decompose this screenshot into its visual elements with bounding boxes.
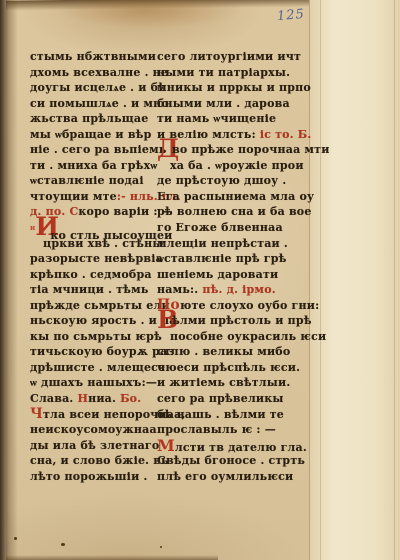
text-line: ѡ дшахъ нашыхъ:— bbox=[30, 375, 158, 391]
text-line: ха ба . ѡроужіе прои bbox=[157, 158, 309, 174]
body-text: мникы и прркы и прпо bbox=[157, 81, 311, 94]
text-line: шеніемь даровати bbox=[157, 267, 309, 283]
text-line: бными мли . дарова bbox=[157, 96, 309, 112]
fore-edge-line bbox=[394, 0, 395, 560]
body-text: Слава. bbox=[30, 392, 77, 405]
body-text: тіа мчници . тѣмь bbox=[30, 283, 149, 296]
text-line: бѣ нашь . вѣлми те bbox=[157, 407, 309, 423]
body-text: ніе . сего ра вьпіемь bbox=[30, 143, 167, 156]
body-text: чюеси прѣспѣль ѥси. bbox=[157, 361, 300, 374]
text-line: ѡставлѥніе прѣ грѣ bbox=[157, 251, 309, 267]
text-line: Свѣды бгоносе . стрть bbox=[157, 453, 309, 469]
text-line: разорысте невѣрвіа bbox=[30, 251, 158, 267]
body-text: ньскоую ярость . и па bbox=[30, 314, 177, 327]
text-line: жьства прѣльщае bbox=[30, 111, 158, 127]
text-line: ньскоую ярость . и па bbox=[30, 313, 158, 329]
text-line: прославыль ѥ : — bbox=[157, 422, 309, 438]
text-line: ды ила бѣ злетнаго bbox=[30, 438, 158, 454]
text-line: млещіи непрѣстаи . bbox=[157, 236, 309, 252]
rubric-text: іс то. Б. bbox=[256, 128, 312, 141]
text-line: дрѣшисте . млещесе bbox=[30, 360, 158, 376]
body-text: доугы исцелѧе . и бѣ bbox=[30, 81, 166, 94]
text-line: ти . мниха ба грѣхѡ bbox=[30, 158, 158, 174]
text-line: сна, и слово бжіе. вь bbox=[30, 453, 158, 469]
text-line: пособне оукрасиль ѥси bbox=[157, 329, 309, 345]
text-line: тіа мчници . тѣмь bbox=[30, 282, 158, 298]
body-text: юте слоухо оубо гни: bbox=[180, 299, 319, 312]
body-text: бными мли . дарова bbox=[157, 97, 290, 110]
text-column-left: стымь нбжтвнымидхомь всехвалне . недоугы… bbox=[30, 49, 158, 484]
body-text: ти намь ѡчищеніе bbox=[157, 112, 276, 125]
body-text: ды ила бѣ злетнаго bbox=[30, 439, 159, 452]
red-initial: М bbox=[157, 436, 175, 455]
body-text: шеніемь даровати bbox=[157, 268, 278, 281]
rubric-text: пѣ. д. ірмо. bbox=[202, 283, 275, 296]
body-text: Ега распыниема мла оу bbox=[157, 190, 314, 203]
parchment-stain bbox=[54, 0, 244, 28]
text-line: кы по сьмрьты ѥрѣ bbox=[30, 329, 158, 345]
text-line: сего ра прѣвеликы bbox=[157, 391, 309, 407]
gutter-shadow bbox=[0, 0, 18, 560]
body-text: лѣто порожьшіи . bbox=[30, 470, 147, 483]
body-text: ѡставлѥніе подаі bbox=[30, 174, 144, 187]
text-line: намь:. пѣ. д. ірмо. bbox=[157, 282, 309, 298]
body-text: неискоусомоужнаа bbox=[30, 423, 157, 436]
body-text: цркви хвѣ . стѣны bbox=[43, 237, 164, 250]
book-fore-edge bbox=[308, 0, 400, 560]
body-text: намь:. bbox=[157, 283, 202, 296]
body-text: сего литоургіими ичт bbox=[157, 50, 301, 63]
body-text: лсти тв дателю гла. bbox=[175, 441, 307, 454]
text-line: крѣпко . седмобра bbox=[30, 267, 158, 283]
body-text: бѣ нашь . вѣлми те bbox=[157, 408, 284, 421]
body-text: пособне оукрасиль ѥси bbox=[170, 330, 326, 343]
manuscript-photo: 125 стымь нбжтвнымидхомь всехвалне . нед… bbox=[0, 0, 400, 560]
body-text: ѡставлѥніе прѣ грѣ bbox=[157, 252, 287, 265]
text-line: сего литоургіими ичт bbox=[157, 49, 309, 65]
text-line: рѣ волнею сна и ба вое bbox=[157, 204, 309, 220]
body-text: дхомь всехвалне . не bbox=[30, 66, 168, 79]
body-text: жьства прѣльщае bbox=[30, 112, 148, 125]
page-bottom-shadow bbox=[6, 555, 218, 560]
body-text: го Егоже блвеннаа bbox=[157, 221, 283, 234]
body-text: си помышлѧе . и мно bbox=[30, 97, 169, 110]
text-line: мы ѡбращае и вѣр bbox=[30, 127, 158, 143]
text-line: Слава. Нниа. Бо. bbox=[30, 391, 158, 407]
body-text: стымь нбжтвными bbox=[30, 50, 156, 63]
rubric-text: Бо. bbox=[120, 392, 141, 405]
body-text: прославыль ѥ : — bbox=[157, 423, 276, 436]
text-line: и велію млсть: іс то. Б. bbox=[157, 127, 309, 143]
text-line: ѡставлѥніе подаі bbox=[30, 173, 158, 189]
text-line: тичьскоую боурѫ раз bbox=[30, 344, 158, 360]
text-line: прѣжде сьмрьты ели bbox=[30, 298, 158, 314]
text-line: Чтла всеи непорочнаа, bbox=[30, 407, 158, 423]
text-line: Вѣлми прѣстоль и прѣ bbox=[157, 313, 309, 329]
body-text: ти . мниха ба грѣхѡ bbox=[30, 159, 157, 172]
body-text: разорысте невѣрвіа bbox=[30, 252, 163, 265]
text-line: ными ти патріархы. bbox=[157, 65, 309, 81]
body-text: млещіи непрѣстаи . bbox=[157, 237, 288, 250]
text-line: цркви хвѣ . стѣны bbox=[30, 236, 158, 252]
drop-cap-initial: В bbox=[157, 312, 172, 327]
text-line: дхомь всехвалне . не bbox=[30, 65, 158, 81]
drop-cap-initial: И bbox=[35, 219, 50, 234]
text-line: лѣто порожьшіи . bbox=[30, 469, 158, 485]
text-line: Млсти тв дателю гла. bbox=[157, 438, 309, 454]
body-text: ха ба . ѡроужіе прои bbox=[170, 159, 304, 172]
body-text: плѣ его оумлильѥси bbox=[157, 470, 293, 483]
text-line: мникы и прркы и прпо bbox=[157, 80, 309, 96]
text-line: Ега распыниема мла оу bbox=[157, 189, 309, 205]
body-text: прѣжде сьмрьты ели bbox=[30, 299, 170, 312]
text-line: Дво прѣже порочнаа мти bbox=[157, 142, 309, 158]
body-text: сего ра прѣвеликы bbox=[157, 392, 284, 405]
text-line: го Егоже блвеннаа bbox=[157, 220, 309, 236]
body-text: чтоущии мте bbox=[30, 190, 117, 203]
fore-edge-line bbox=[320, 0, 321, 560]
body-text: крѣпко . седмобра bbox=[30, 268, 152, 281]
text-line: иИко стль пысоущеи bbox=[30, 220, 158, 236]
body-text: ными ти патріархы. bbox=[157, 66, 290, 79]
foxing-spot bbox=[160, 546, 162, 548]
body-text: ниа. bbox=[88, 392, 120, 405]
body-text: тичьскоую боурѫ раз bbox=[30, 345, 175, 358]
text-line: си помышлѧе . и мно bbox=[30, 96, 158, 112]
rubric-text: Н bbox=[77, 392, 88, 405]
text-line: стлю . великы мибо bbox=[157, 344, 309, 360]
text-column-right: сего литоургіими ичтными ти патріархы.мн… bbox=[157, 49, 309, 484]
body-text: сна, и слово бжіе. вь bbox=[30, 454, 169, 467]
text-line: де прѣстоую дшоу . bbox=[157, 173, 309, 189]
body-text: дрѣшисте . млещесе bbox=[30, 361, 165, 374]
body-text: кы по сьмрьты ѥрѣ bbox=[30, 330, 162, 343]
foxing-spot bbox=[61, 543, 65, 546]
body-text: рѣ волнею сна и ба вое bbox=[157, 205, 312, 218]
text-line: ти намь ѡчищеніе bbox=[157, 111, 309, 127]
text-line: стымь нбжтвными bbox=[30, 49, 158, 65]
red-initial: Ч bbox=[30, 406, 43, 422]
body-text: де прѣстоую дшоу . bbox=[157, 174, 286, 187]
body-text: ѣлми прѣстоль и прѣ bbox=[172, 314, 312, 327]
manuscript-page: 125 стымь нбжтвнымидхомь всехвалне . нед… bbox=[6, 0, 309, 560]
text-line: Поюте слоухо оубо гни: bbox=[157, 298, 309, 314]
text-line: доугы исцелѧе . и бѣ bbox=[30, 80, 158, 96]
text-line: неискоусомоужнаа bbox=[30, 422, 158, 438]
text-line: чтоущии мте:- нль. гл. bbox=[30, 189, 158, 205]
folio-number: 125 bbox=[276, 7, 305, 24]
body-text: во прѣже порочнаа мти bbox=[172, 143, 330, 156]
body-text: и житіемь свѣтлыи. bbox=[157, 376, 290, 389]
drop-cap-initial: Д bbox=[157, 141, 172, 156]
text-line: плѣ его оумлильѥси bbox=[157, 469, 309, 485]
body-text: мы ѡбращае и вѣр bbox=[30, 128, 152, 141]
body-text: ѡ дшахъ нашыхъ:— bbox=[30, 376, 157, 389]
body-text: Свѣды бгоносе . стрть bbox=[157, 454, 305, 467]
text-line: ніе . сего ра вьпіемь bbox=[30, 142, 158, 158]
text-line: и житіемь свѣтлыи. bbox=[157, 375, 309, 391]
text-line: чюеси прѣспѣль ѥси. bbox=[157, 360, 309, 376]
body-text: стлю . великы мибо bbox=[157, 345, 290, 358]
